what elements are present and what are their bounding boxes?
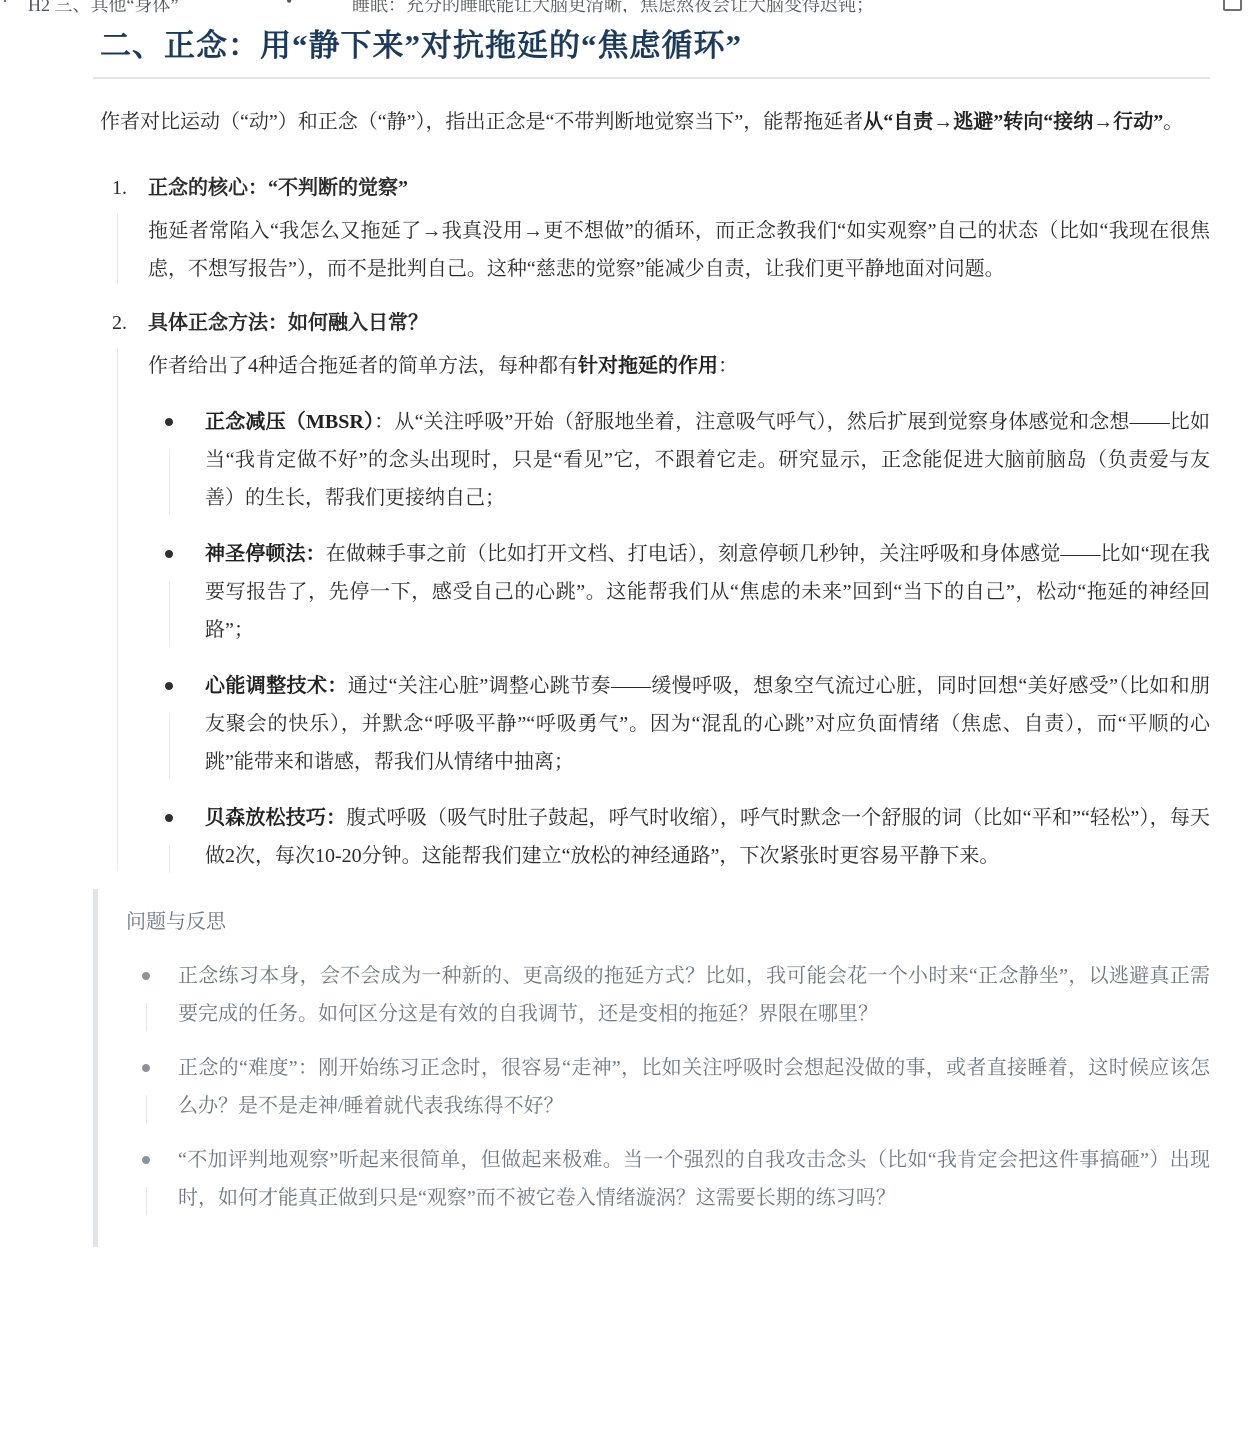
question-item-2: 正念的“难度”：刚开始练习正念时，很容易“走神”，比如关注呼吸时会想起没做的事，… — [126, 1049, 1210, 1125]
method-text: 在做棘手事之前（比如打开文档、打电话），刻意停顿几秒钟，关注呼吸和身体感觉——比… — [205, 543, 1210, 641]
numbered-list: 1. 正念的核心：“不判断的觉察” 拖延者常陷入“我怎么又拖延了→我真没用→更不… — [93, 169, 1210, 875]
question-item-1: 正念练习本身，会不会成为一种新的、更高级的拖延方式？比如，我可能会花一个小时来“… — [126, 957, 1210, 1033]
gutter-tick: · — [2, 0, 8, 12]
item-body: 拖延者常陷入“我怎么又拖延了→我真没用→更不想做”的循环，而正念教我们“如实观察… — [148, 212, 1210, 288]
item-body: 作者给出了4种适合拖延者的简单方法，每种都有针对拖延的作用： — [148, 347, 1210, 385]
method-text: 腹式呼吸（吸气时肚子鼓起，呼气时收缩），呼气时默念一个舒服的词（比如“平和”“轻… — [205, 807, 1210, 867]
method-item-mbsr: 正念减压（MBSR）：从“关注呼吸”开始（舒服地坐着，注意吸气呼气），然后扩展到… — [148, 403, 1210, 517]
list-item-1: 1. 正念的核心：“不判断的觉察” 拖延者常陷入“我怎么又拖延了→我真没用→更不… — [93, 169, 1210, 288]
question-item-3: “不加评判地观察”听起来很简单，但做起来极难。当一个强烈的自我攻击念头（比如“我… — [126, 1141, 1210, 1217]
method-item-heart-tuning: 心能调整技术：通过“关注心脏”调整心跳节奏——缓慢呼吸，想象空气流过心脏，同时回… — [148, 667, 1210, 781]
method-lead: 心能调整技术： — [205, 675, 348, 697]
list-item-2: 2. 具体正念方法：如何融入日常？ 作者给出了4种适合拖延者的简单方法，每种都有… — [93, 304, 1210, 875]
list-marker: 1. — [112, 169, 127, 207]
method-lead: 神圣停顿法： — [205, 543, 326, 565]
method-lead: 正念减压（MBSR） — [205, 411, 374, 433]
intro-period: 。 — [1163, 111, 1183, 133]
indent-guide — [117, 348, 118, 871]
section-heading: 二、正念：用“静下来”对抗拖延的“焦虑循环” — [93, 27, 1210, 65]
bullet-glyph: • — [286, 0, 292, 12]
document-body: 二、正念：用“静下来”对抗拖延的“焦虑循环” 作者对比运动（“动”）和正念（“静… — [0, 13, 1255, 1247]
clipped-heading-fragment: H2 三、其他“身体” — [28, 0, 178, 13]
method-item-sacred-pause: 神圣停顿法：在做棘手事之前（比如打开文档、打电话），刻意停顿几秒钟，关注呼吸和身… — [148, 535, 1210, 649]
indent-guide — [117, 213, 118, 284]
panel-toggle-icon[interactable] — [1223, 0, 1242, 11]
item-title: 正念的核心：“不判断的觉察” — [148, 169, 1210, 207]
clipped-text-fragment: 睡眠：充分的睡眠能让大脑更清晰，焦虑熬夜会让大脑变得迟钝； — [352, 0, 874, 13]
item-title: 具体正念方法：如何融入日常？ — [148, 304, 1210, 342]
reflection-blockquote: 问题与反思 正念练习本身，会不会成为一种新的、更高级的拖延方式？比如，我可能会花… — [93, 889, 1210, 1247]
heading-divider — [93, 77, 1210, 79]
intro-bold: 从“自责→逃避”转向“接纳→行动” — [863, 111, 1163, 133]
item-body-bold: 针对拖延的作用 — [578, 355, 718, 377]
item-body-text: 作者给出了4种适合拖延者的简单方法，每种都有 — [148, 355, 578, 377]
method-item-benson-relaxation: 贝森放松技巧：腹式呼吸（吸气时肚子鼓起，呼气时收缩），呼气时默念一个舒服的词（比… — [148, 799, 1210, 875]
item-body-colon: ： — [718, 355, 738, 377]
blockquote-title: 问题与反思 — [126, 903, 1210, 941]
intro-paragraph: 作者对比运动（“动”）和正念（“静”），指出正念是“不带判断地觉察当下”，能帮拖… — [93, 103, 1210, 141]
clipped-previous-line: · H2 三、其他“身体” • 睡眠：充分的睡眠能让大脑更清晰，焦虑熬夜会让大脑… — [0, 0, 1255, 13]
method-lead: 贝森放松技巧： — [205, 807, 346, 829]
method-text: 通过“关注心脏”调整心跳节奏——缓慢呼吸，想象空气流过心脏，同时回想“美好感受”… — [205, 675, 1210, 773]
list-marker: 2. — [112, 304, 127, 342]
intro-text: 作者对比运动（“动”）和正念（“静”），指出正念是“不带判断地觉察当下”，能帮拖… — [100, 111, 863, 133]
methods-list: 正念减压（MBSR）：从“关注呼吸”开始（舒服地坐着，注意吸气呼气），然后扩展到… — [148, 403, 1210, 875]
